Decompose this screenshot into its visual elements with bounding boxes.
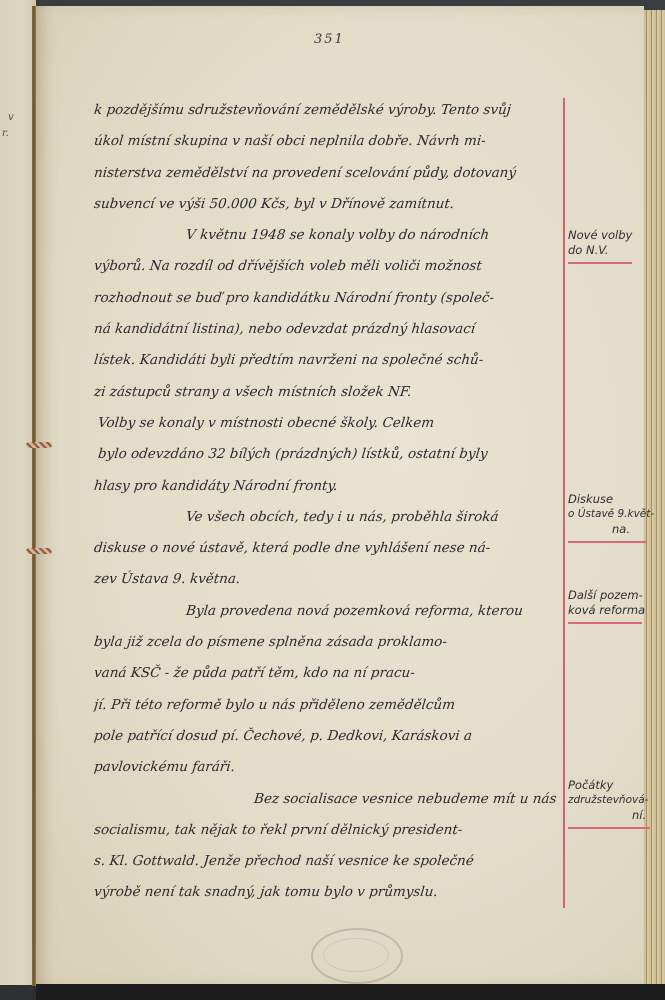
- archive-stamp-icon: [311, 928, 403, 984]
- text-line: zev Ústava 9. května.: [92, 564, 557, 595]
- text-line: zi zástupců strany a všech místních slož…: [92, 377, 557, 408]
- text-line: vaná KSČ - že půda patří těm, kdo na ní …: [92, 658, 557, 689]
- margin-note-underline: [568, 262, 632, 264]
- text-line: Byla provedena nová pozemková reforma, k…: [92, 596, 557, 627]
- margin-note-elections: Nové volby do N.V.: [568, 228, 632, 264]
- text-line: pole patřící dosud pí. Čechové, p. Dedko…: [92, 721, 557, 752]
- margin-note-line: ní.: [568, 808, 650, 823]
- text-line: Ve všech obcích, tedy i u nás, proběhla …: [92, 502, 557, 533]
- text-line: pavlovickému faráři.: [92, 752, 557, 783]
- handwritten-body: k pozdějšímu sdružstevňování zemědělské …: [94, 95, 556, 909]
- text-line: Bez socialisace vesnice nebudeme mít u n…: [92, 784, 557, 815]
- archive-stamp-inner: [323, 938, 389, 972]
- text-line: Volby se konaly v místnosti obecné školy…: [92, 408, 557, 439]
- text-line: ná kandidátní listina), nebo odevzdat pr…: [92, 314, 557, 345]
- binding-stitch-icon: [26, 442, 52, 448]
- margin-note-line: Diskuse: [568, 492, 654, 507]
- text-line: socialismu, tak nějak to řekl první děln…: [92, 815, 557, 846]
- margin-note-line: Nové volby: [568, 228, 632, 243]
- margin-note-line: ková reforma: [568, 603, 645, 618]
- text-line: k pozdějšímu sdružstevňování zemědělské …: [92, 95, 557, 126]
- margin-note-underline: [568, 541, 646, 543]
- bottom-shadow: [36, 984, 665, 1000]
- text-line: subvencí ve výši 50.000 Kčs, byl v Dříno…: [92, 189, 557, 220]
- margin-note-line: do N.V.: [568, 243, 632, 258]
- margin-note-underline: [568, 622, 642, 624]
- text-line: V květnu 1948 se konaly volby do národní…: [92, 220, 557, 251]
- margin-note-line: združstevňová-: [568, 793, 650, 808]
- margin-note-line: Počátky: [568, 778, 650, 793]
- text-line: byla již zcela do písmene splněna zásada…: [92, 627, 557, 658]
- margin-red-rule: [563, 98, 565, 908]
- margin-note-line: o Ústavě 9.květ-: [568, 507, 654, 522]
- margin-note-land-reform: Další pozem- ková reforma: [568, 588, 645, 624]
- text-line: s. Kl. Gottwald. Jenže přechod naší vesn…: [92, 846, 557, 877]
- text-line: hlasy pro kandidáty Národní fronty.: [92, 471, 557, 502]
- page-number: 351: [314, 32, 345, 47]
- binding-stitch-icon: [26, 548, 52, 554]
- left-page-mark: r.: [2, 128, 9, 139]
- margin-note-constitution: Diskuse o Ústavě 9.květ- na.: [568, 492, 654, 543]
- left-page-edge: v r.: [0, 0, 36, 985]
- margin-note-line: na.: [568, 522, 654, 537]
- left-page-mark: v: [8, 112, 14, 123]
- text-line: nisterstva zemědělství na provedení scel…: [92, 158, 557, 189]
- scanned-book-scene: v r. 351 k pozdějšímu sdružstevňování ze…: [0, 0, 665, 1000]
- text-line: výrobě není tak snadný, jak tomu bylo v …: [92, 877, 557, 908]
- text-line: rozhodnout se buď pro kandidátku Národní…: [92, 283, 557, 314]
- margin-note-underline: [568, 827, 650, 829]
- text-line: bylo odevzdáno 32 bílých (prázdných) lís…: [92, 439, 557, 470]
- margin-note-line: Další pozem-: [568, 588, 645, 603]
- text-line: výborů. Na rozdíl od dřívějších voleb mě…: [92, 251, 557, 282]
- text-line: lístek. Kandidáti byli předtím navrženi …: [92, 345, 557, 376]
- text-line: jí. Při této reformě bylo u nás přidělen…: [92, 690, 557, 721]
- text-line: úkol místní skupina v naší obci neplnila…: [92, 126, 557, 157]
- text-line: diskuse o nové ústavě, která podle dne v…: [92, 533, 557, 564]
- margin-note-cooperatives: Počátky združstevňová- ní.: [568, 778, 650, 829]
